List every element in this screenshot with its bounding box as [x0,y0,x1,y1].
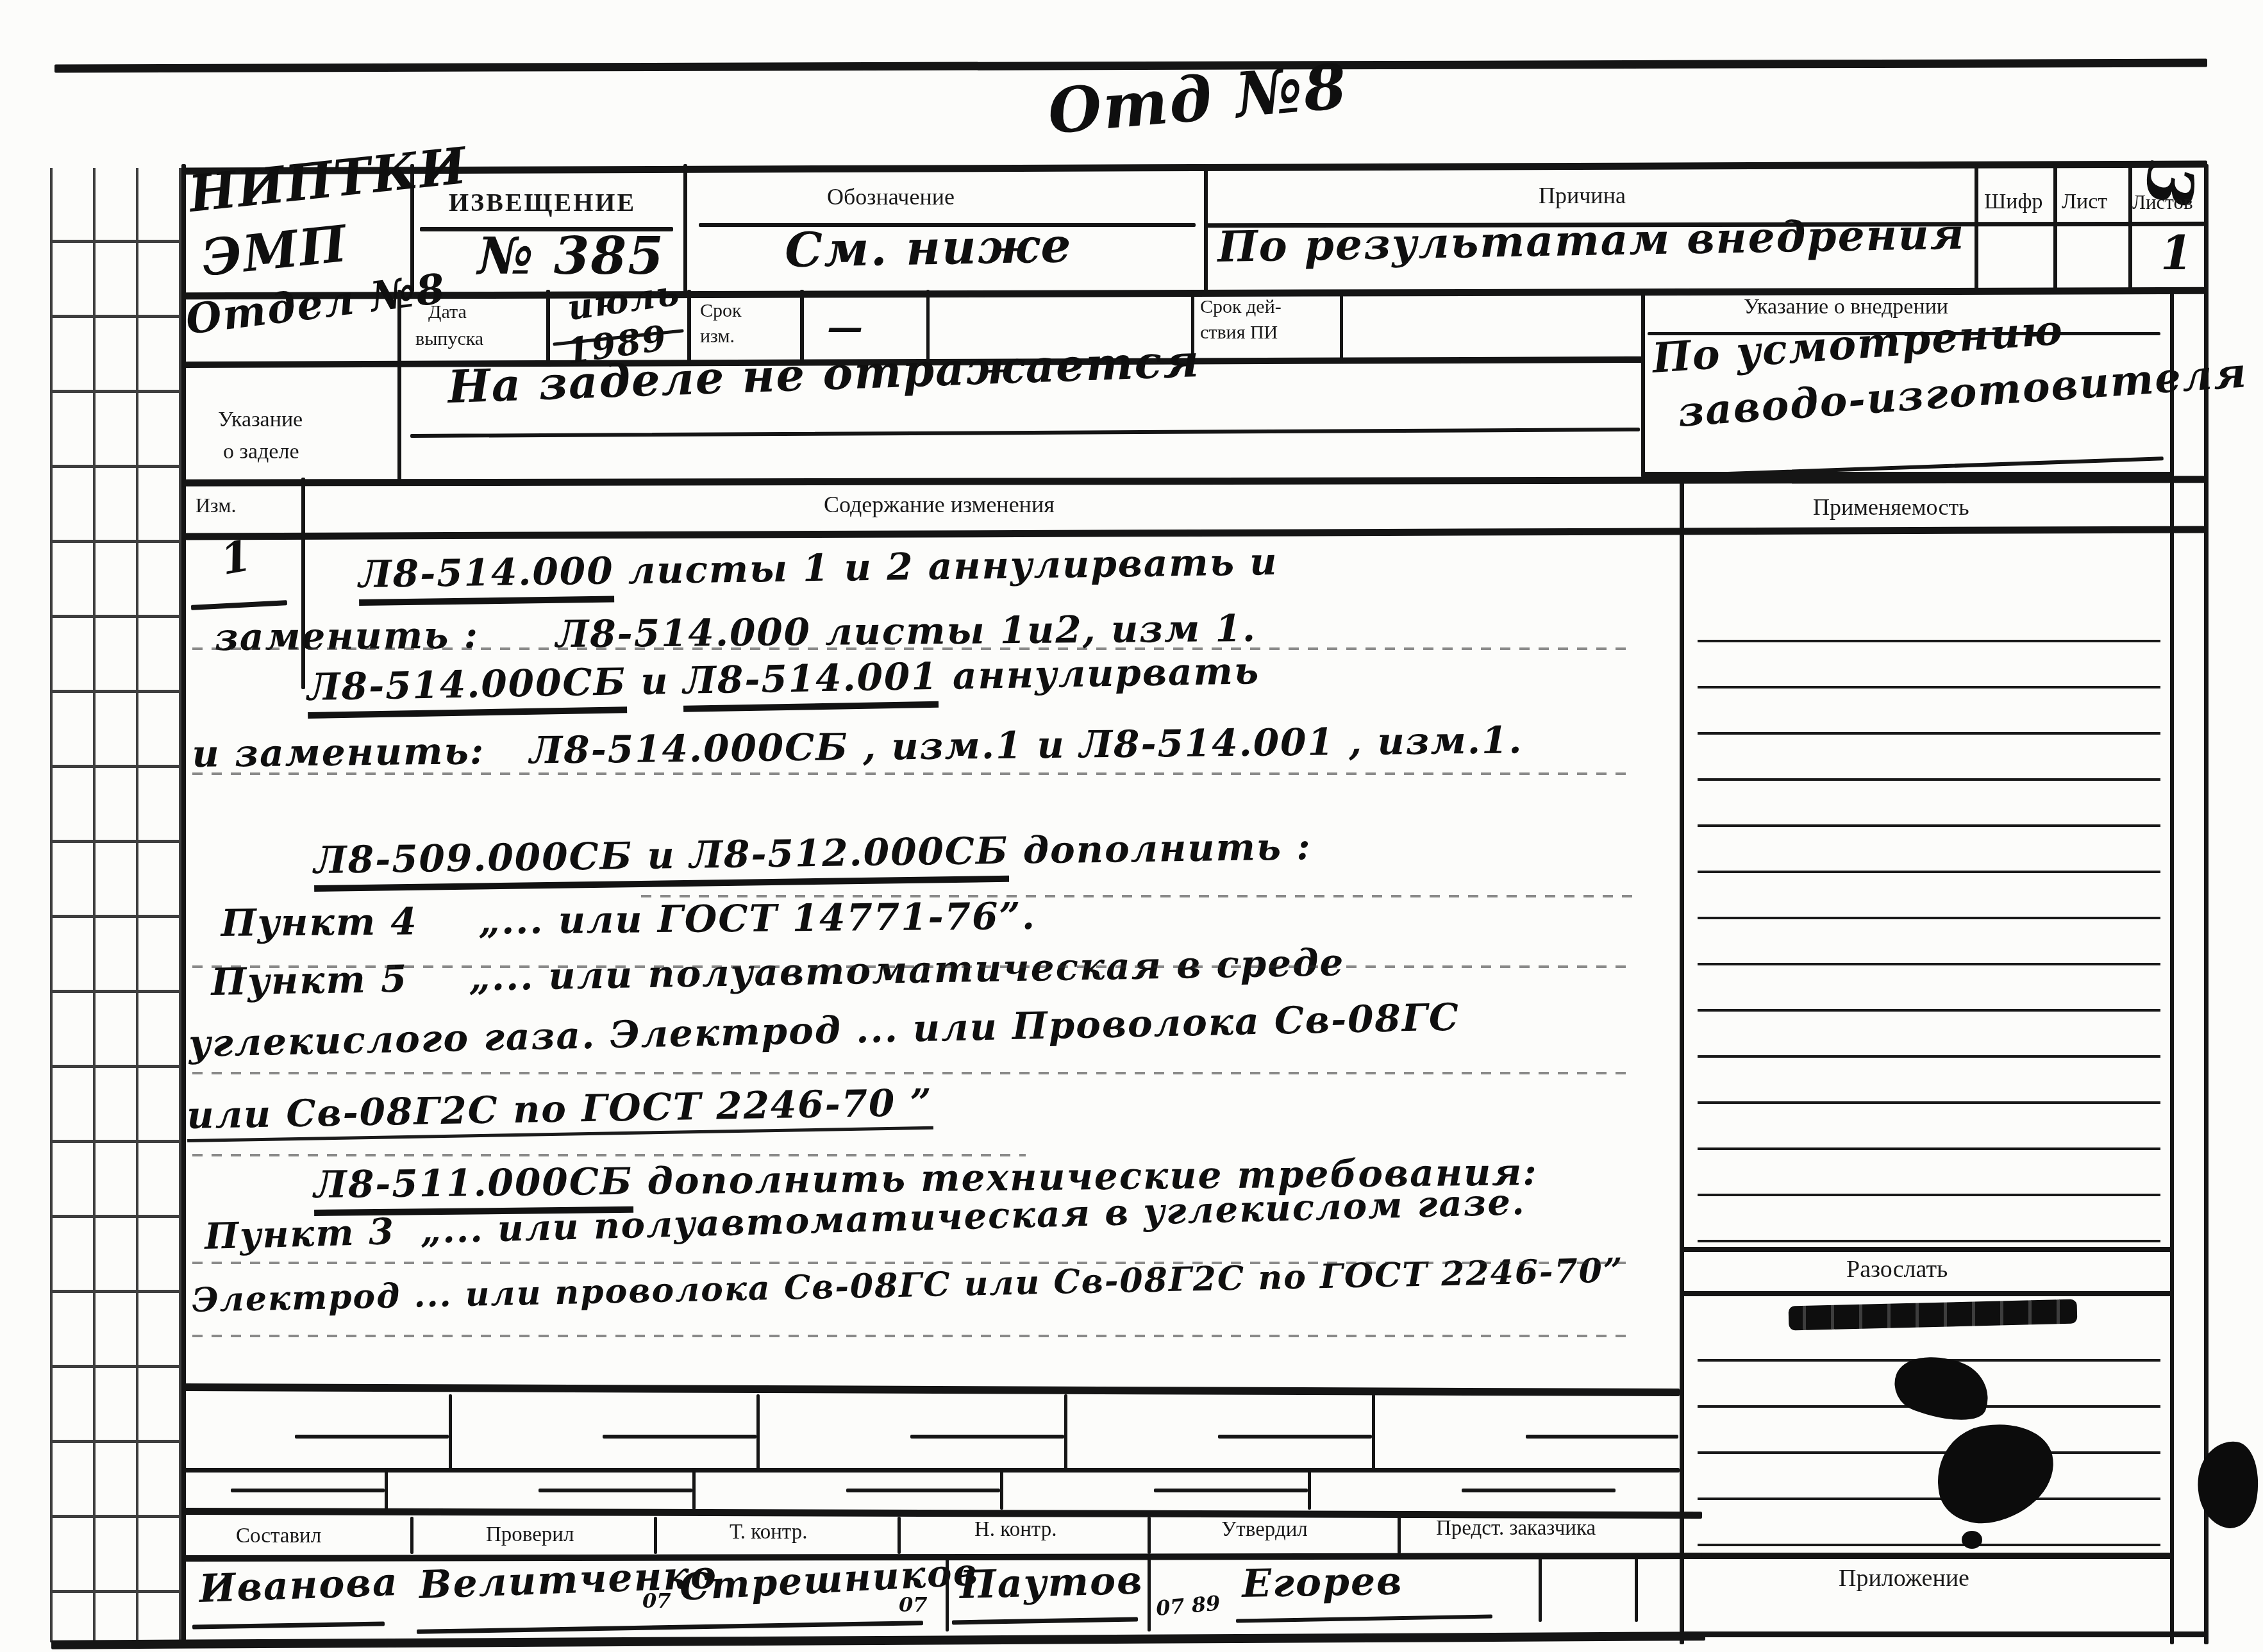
grid-divider [1000,1468,1003,1510]
grid-segment [1154,1489,1308,1492]
binding-margin-grid [50,168,181,1642]
applicability-ruled-lines [1698,596,2160,1250]
grid-segment [846,1489,1000,1492]
implementation-box-left-border [1641,290,1645,476]
cell-divider [2053,164,2057,292]
reserve-value: На заделе не отражается [447,334,1201,413]
issue-date-label-line1: Дата [428,301,467,323]
cell-divider [1148,1517,1151,1554]
table-inner-right-border [2170,290,2174,1644]
signoff-header-tcontrol: Т. контр. [730,1521,807,1544]
signature-compiled: Иванова [199,1560,399,1612]
grid-segment [231,1489,385,1492]
cell-divider [683,164,687,292]
reserve-underline [410,428,1640,438]
doc-designation: Л8-514.000 [358,549,614,606]
signature-underline [192,1621,385,1629]
notice-label: ИЗВЕЩЕНИЕ [449,187,636,217]
change-line: Л8-509.000СБ и Л8-512.000СБ дополнить : [313,824,1312,882]
cell-divider [397,362,401,481]
change-line: Пункт 4„... или ГОСТ 14771-76”. [221,894,1036,945]
grid-mid-border [183,1468,1680,1473]
change-line: Л8-514.000 листы 1 и 2 аннулирвать и [358,540,1278,596]
header-top-border [183,160,2207,174]
change-line: углекислого газа. Электрод ... или Прово… [188,995,1460,1065]
validity-label-line2: ствия ПИ [1200,322,1278,344]
cell-divider [898,1517,901,1554]
grid-divider [1064,1394,1067,1469]
signature-underline [417,1621,923,1634]
signature-ncontrol: Паутов [959,1558,1144,1608]
sheet-label: Лист [2062,190,2107,214]
grid-segment [539,1489,692,1492]
applicability-ruled-lines [1698,1315,2160,1551]
grid-segment [295,1435,449,1439]
dotted-rule [192,1154,1026,1156]
ink-blot [2192,1437,2263,1531]
doc-designation: Л8-509.000СБ и Л8-512.000СБ [313,829,1009,892]
term-dash-value: — [827,306,864,349]
right-bottom-rule [1680,1631,2209,1637]
signoff-header-compiled: Составил [236,1524,321,1548]
reserve-label-line2: о заделе [223,440,299,464]
signature-date-mark: 07 89 [1155,1590,1221,1621]
dotted-rule [192,1335,1635,1337]
cipher-label: Шифр [1984,190,2043,214]
designation-label: Обозначение [827,183,955,210]
cell-divider [2128,164,2132,292]
ink-dot [1962,1531,1982,1549]
validity-label-line1: Срок дей- [1200,296,1282,318]
cell-divider [1398,1517,1401,1554]
cell-divider [410,1517,413,1554]
signature-underline [1236,1615,1492,1623]
dotted-rule [641,895,1635,897]
page-bottom-border [51,1631,1705,1649]
grid-divider [756,1394,760,1469]
org-name-line2: ЭМП [199,215,350,288]
dotted-rule [192,647,1635,650]
change-line: или Св-08Г2С по ГОСТ 2246-70 ” [187,1081,933,1137]
cell-divider [654,1517,657,1554]
reserve-label-line1: Указание [218,408,303,432]
cell-divider [1635,1558,1638,1622]
content-title: Содержание изменения [824,491,1055,518]
signoff-header-ncontrol: Н. контр. [974,1518,1056,1542]
change-line: Пункт 5„... или полуавтоматическая в сре… [211,940,1345,1004]
term-label-line1: Срок [700,300,742,322]
grid-divider [1372,1394,1375,1469]
grid-divider [1308,1468,1311,1510]
signature-checked: Велитченко [419,1553,719,1608]
issue-date-label-line2: выпуска [415,328,483,350]
reason-label: Причина [1539,182,1626,209]
cell-divider [1340,290,1343,363]
dotted-rule [192,1072,1635,1074]
reason-value: По результатам внедрения [1217,209,1966,272]
cell-divider [546,290,550,363]
signature-date-mark: 07 [642,1589,671,1613]
sheets-label: Листов [2132,191,2193,214]
signoff-header-approved: Утвердил [1221,1518,1308,1542]
cell-divider [1204,164,1208,292]
grid-segment [1218,1435,1372,1439]
applicability-column-divider [1680,478,1684,1644]
grid-divider [692,1468,696,1510]
cell-divider [1975,164,1978,292]
grid-segment [1462,1489,1616,1492]
appendix-label: Приложение [1839,1564,1969,1592]
signature-approved: Егорев [1242,1559,1403,1606]
grid-divider [449,1394,452,1469]
implementation-box-bottom-border [1641,472,2172,478]
distribute-label: Разослать [1846,1255,1948,1283]
appendix-top-rule [1680,1553,2172,1559]
signoff-header-checked: Проверил [486,1523,574,1547]
signature-underline [952,1617,1138,1624]
term-label-line2: изм. [700,326,735,347]
scanned-change-notice-form: Отд №8 3 НИПТКИ ЭМП ИЗВЕЩЕНИЕ № 385 Обоз… [0,0,2263,1652]
designation-value: См. ниже [784,218,1073,278]
approval-grid-top-border [183,1383,1680,1396]
cell-divider [1539,1558,1542,1622]
dotted-rule [192,1262,1635,1264]
signoff-header-customer-rep: Предст. заказчика [1436,1517,1596,1540]
signature-date-mark: 07 [899,1592,928,1617]
dotted-rule [192,772,1635,775]
content-header-underline [181,526,2207,540]
distribute-top-rule [1680,1247,2172,1252]
grid-segment [1526,1435,1678,1439]
doc-designation: Л8-514.000СБ [307,660,627,719]
applicability-label: Применяемость [1813,494,1969,521]
distribute-bottom-rule [1680,1291,2172,1296]
grid-segment [910,1435,1064,1439]
grid-divider [385,1468,388,1510]
revision-underline [191,600,287,610]
change-line: Л8-514.000СБ и Л8-514.001 аннулирвать [307,649,1260,709]
grid-segment [603,1435,756,1439]
org-name-line1: НИПТКИ [186,137,470,224]
dotted-rule [192,965,1635,968]
sheets-count-value: 1 [2160,226,2194,280]
table-left-border [181,164,186,1645]
change-line: и заменить:Л8-514.000СБ , изм.1 и Л8-514… [192,718,1523,776]
doc-designation: Л8-514.001 [683,655,939,712]
revision-column-label: Изм. [196,494,237,517]
cell-divider [1148,1558,1151,1631]
cell-divider [946,1558,949,1631]
